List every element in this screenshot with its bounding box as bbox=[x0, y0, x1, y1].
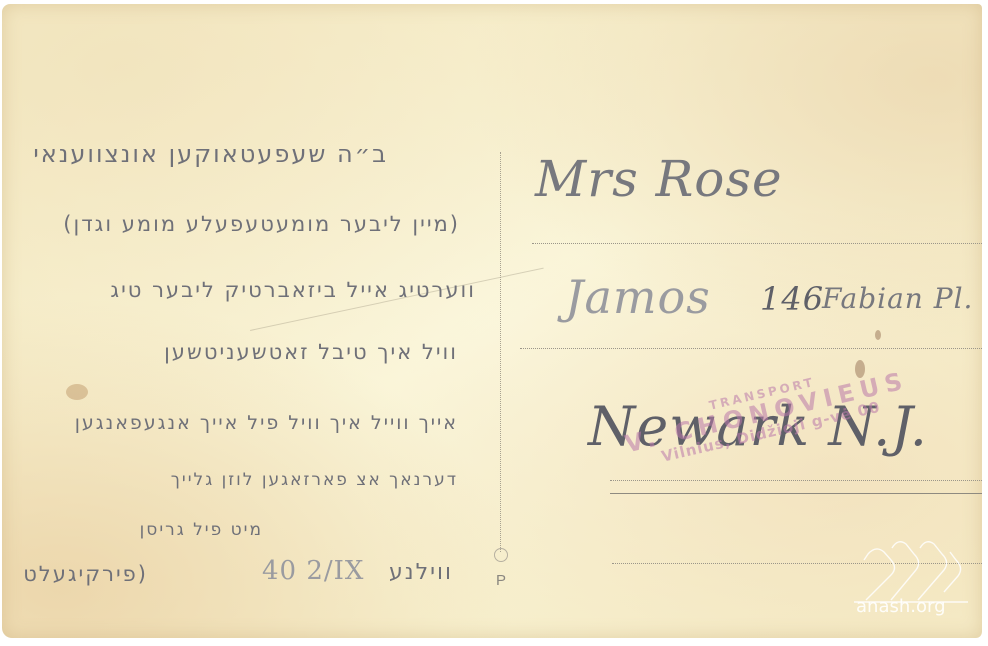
address-recipient: Mrs Rose bbox=[535, 150, 783, 208]
address-street: Fabian Pl. bbox=[822, 282, 973, 315]
message-line-4: וויל איך טיבל זאטשעניטשען bbox=[164, 340, 458, 364]
stain bbox=[875, 330, 881, 340]
message-line-3: ווערטיג אייל ביזאברטיק ליבער טיג bbox=[110, 278, 476, 302]
publisher-logo-icon bbox=[494, 548, 508, 562]
address-number: 146 bbox=[760, 280, 824, 318]
message-line-7: מיט פיל גריסן bbox=[140, 520, 263, 540]
scan-background: Mrs Rose Jamos 146 Fabian Pl. Newark N.J… bbox=[0, 0, 988, 646]
address-name: Jamos bbox=[565, 270, 711, 324]
address-line-1 bbox=[532, 243, 982, 244]
watermark-text: anash.org bbox=[856, 596, 946, 617]
center-divider-line bbox=[500, 152, 501, 552]
message-date-place: ווילנע bbox=[389, 560, 453, 585]
signature: (פירקיגעלט bbox=[23, 562, 148, 586]
postcard bbox=[2, 4, 982, 638]
message-line-6: דערנאך אצ פארזאגען לוזן גלייך bbox=[171, 470, 458, 490]
publisher-letter: P bbox=[496, 572, 506, 589]
stain bbox=[66, 384, 88, 400]
address-underline bbox=[610, 493, 982, 494]
message-line-1: ב״ה שעפעטאוקען אונצווענאי bbox=[33, 140, 388, 168]
address-line-3 bbox=[610, 480, 982, 481]
message-line-5: אייך ווייל איך וויל פיל אייך אנגעפאנגען bbox=[75, 412, 458, 434]
message-date: 40 2/IX bbox=[262, 556, 364, 586]
address-line-2 bbox=[520, 348, 982, 349]
message-line-2: (מיין ליבער מומעטעפעלע מומע וגדן) bbox=[63, 212, 460, 236]
